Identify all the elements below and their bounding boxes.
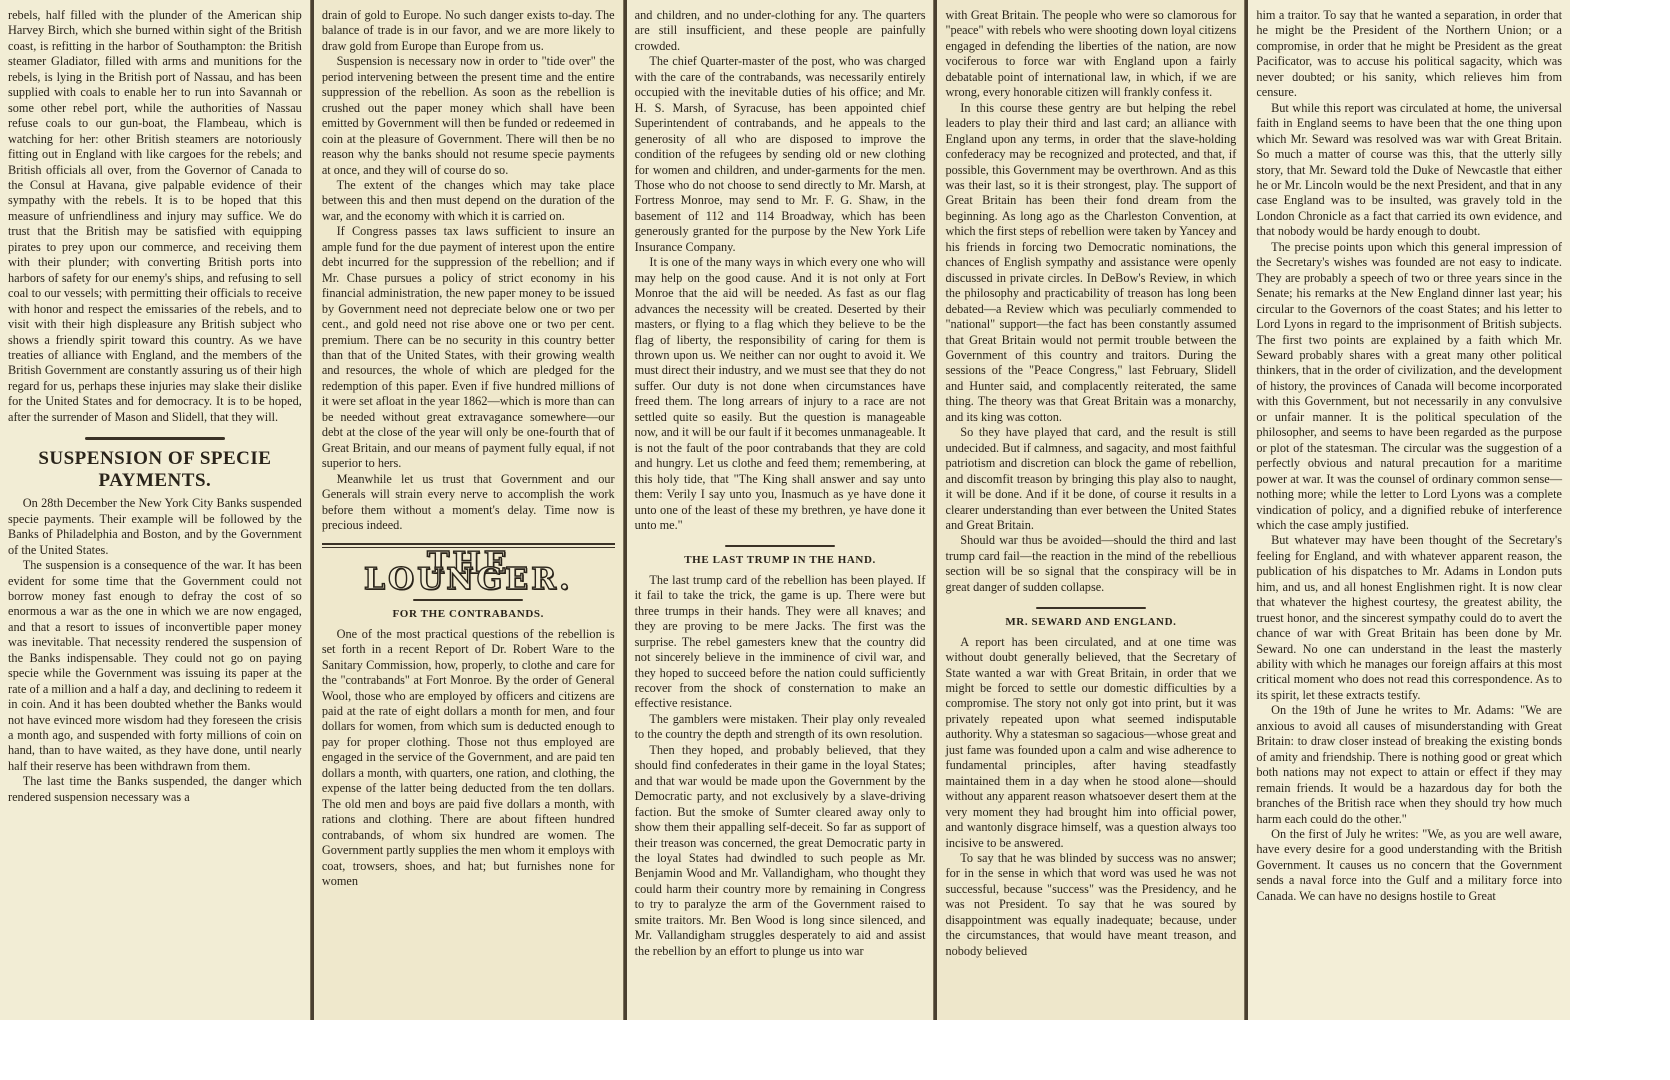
column-1: rebels, half filled with the plunder of … [0, 0, 310, 1020]
article-text: The precise points upon which this gener… [1256, 240, 1562, 534]
article-text: The chief Quarter-master of the post, wh… [635, 54, 926, 255]
article-text: The extent of the changes which may take… [322, 178, 615, 224]
article-text: The suspension is a consequence of the w… [8, 558, 302, 774]
article-text: On the 19th of June he writes to Mr. Ada… [1256, 703, 1562, 827]
article-text: One of the most practical questions of t… [322, 627, 615, 890]
article-text: It is one of the many ways in which ever… [635, 255, 926, 533]
column-5: him a traitor. To say that he wanted a s… [1248, 0, 1570, 1020]
article-text: drain of gold to Europe. No such danger … [322, 8, 615, 54]
article-text: Suspension is necessary now in order to … [322, 54, 615, 178]
column-2: drain of gold to Europe. No such danger … [314, 0, 623, 1020]
section-divider [1036, 607, 1146, 609]
newspaper-page: rebels, half filled with the plunder of … [0, 0, 1570, 1020]
column-3: and children, and no under-clothing for … [627, 0, 934, 1020]
article-text: Meanwhile let us trust that Government a… [322, 472, 615, 534]
article-text: If Congress passes tax laws sufficient t… [322, 224, 615, 471]
article-text: and children, and no under-clothing for … [635, 8, 926, 54]
subhead-contrabands: FOR THE CONTRABANDS. [322, 607, 615, 622]
section-divider [725, 545, 835, 547]
article-text: The gamblers were mistaken. Their play o… [635, 712, 926, 743]
section-divider [85, 437, 225, 440]
article-text: So they have played that card, and the r… [945, 425, 1236, 533]
article-text: On 28th December the New York City Banks… [8, 496, 302, 558]
subhead-seward-england: MR. SEWARD AND ENGLAND. [945, 615, 1236, 630]
article-text: But whatever may have been thought of th… [1256, 533, 1562, 703]
subhead-last-trump: THE LAST TRUMP IN THE HAND. [635, 553, 926, 568]
article-text: But while this report was circulated at … [1256, 101, 1562, 240]
article-text: The last time the Banks suspended, the d… [8, 774, 302, 805]
article-text: with Great Britain. The people who were … [945, 8, 1236, 101]
headline-specie-payments: SUSPENSION OF SPECIE PAYMENTS. [8, 448, 302, 492]
article-text: Then they hoped, and probably believed, … [635, 743, 926, 959]
article-text: To say that he was blinded by success wa… [945, 851, 1236, 959]
section-divider [413, 599, 523, 601]
article-text: Should war thus be avoided—should the th… [945, 533, 1236, 595]
masthead-the-lounger: THE LOUNGER. [322, 556, 615, 587]
article-text: The last trump card of the rebellion has… [635, 573, 926, 712]
article-text: rebels, half filled with the plunder of … [8, 8, 302, 425]
article-text: him a traitor. To say that he wanted a s… [1256, 8, 1562, 101]
article-text: On the first of July he writes: "We, as … [1256, 827, 1562, 904]
article-text: In this course these gentry are but help… [945, 101, 1236, 426]
column-4: with Great Britain. The people who were … [937, 0, 1244, 1020]
article-text: A report has been circulated, and at one… [945, 635, 1236, 851]
